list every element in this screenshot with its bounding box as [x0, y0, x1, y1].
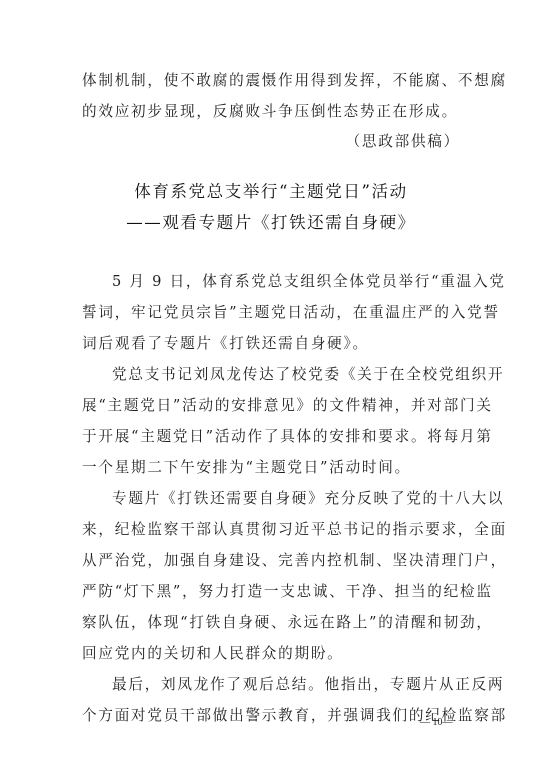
text-line: 最后，刘凤龙作了观后总结。他指出，专题片从正反两: [112, 674, 462, 696]
text-line: 于开展“主题党日”活动作了具体的安排和要求。将每月第: [82, 426, 462, 448]
document-page: 体制机制，使不敢腐的震慑作用得到发挥，不能腐、不想腐 的效应初步显现，反腐败斗争…: [0, 0, 542, 768]
page-number: — 10—: [420, 716, 453, 730]
text-line: 个方面对党员干部做出警示教育，并强调我们的纪检监察部: [82, 705, 462, 727]
text-line: 词后观看了专题片《打铁还需自身硬》。: [82, 333, 462, 355]
text-line: 5 月 9 日，体育系党总支组织全体党员举行“重温入党: [112, 271, 462, 293]
text-line: 的效应初步显现，反腐败斗争压倒性态势正在形成。: [82, 101, 462, 123]
attribution: （思政部供稿）: [346, 131, 460, 153]
article-subtitle: ——观看专题片《打铁还需自身硬》: [0, 211, 542, 235]
text-line: 党总支书记刘凤龙传达了校党委《关于在全校党组织开: [112, 364, 462, 386]
text-line: 来，纪检监察干部认真贯彻习近平总书记的指示要求，全面: [82, 519, 462, 541]
text-line: 严防“灯下黑”，努力打造一支忠诚、干净、担当的纪检监: [82, 581, 462, 603]
text-line: 回应党内的关切和人民群众的期盼。: [82, 643, 462, 665]
article-title: 体育系党总支举行“主题党日”活动: [0, 180, 542, 204]
text-line: 察队伍，体现“打铁自身硬、永远在路上”的清醒和韧劲，: [82, 612, 462, 634]
text-line: 誓词，牢记党员宗旨”主题党日活动，在重温庄严的入党誓: [82, 302, 462, 324]
text-line: 一个星期二下午安排为“主题党日”活动时间。: [82, 457, 462, 479]
text-line: 专题片《打铁还需要自身硬》充分反映了党的十八大以: [112, 488, 462, 510]
text-line: 展“主题党日”活动的安排意见》的文件精神，并对部门关: [82, 395, 462, 417]
text-line: 体制机制，使不敢腐的震慑作用得到发挥，不能腐、不想腐: [82, 70, 462, 92]
text-line: 从严治党，加强自身建设、完善内控机制、坚决清理门户，: [82, 550, 462, 572]
